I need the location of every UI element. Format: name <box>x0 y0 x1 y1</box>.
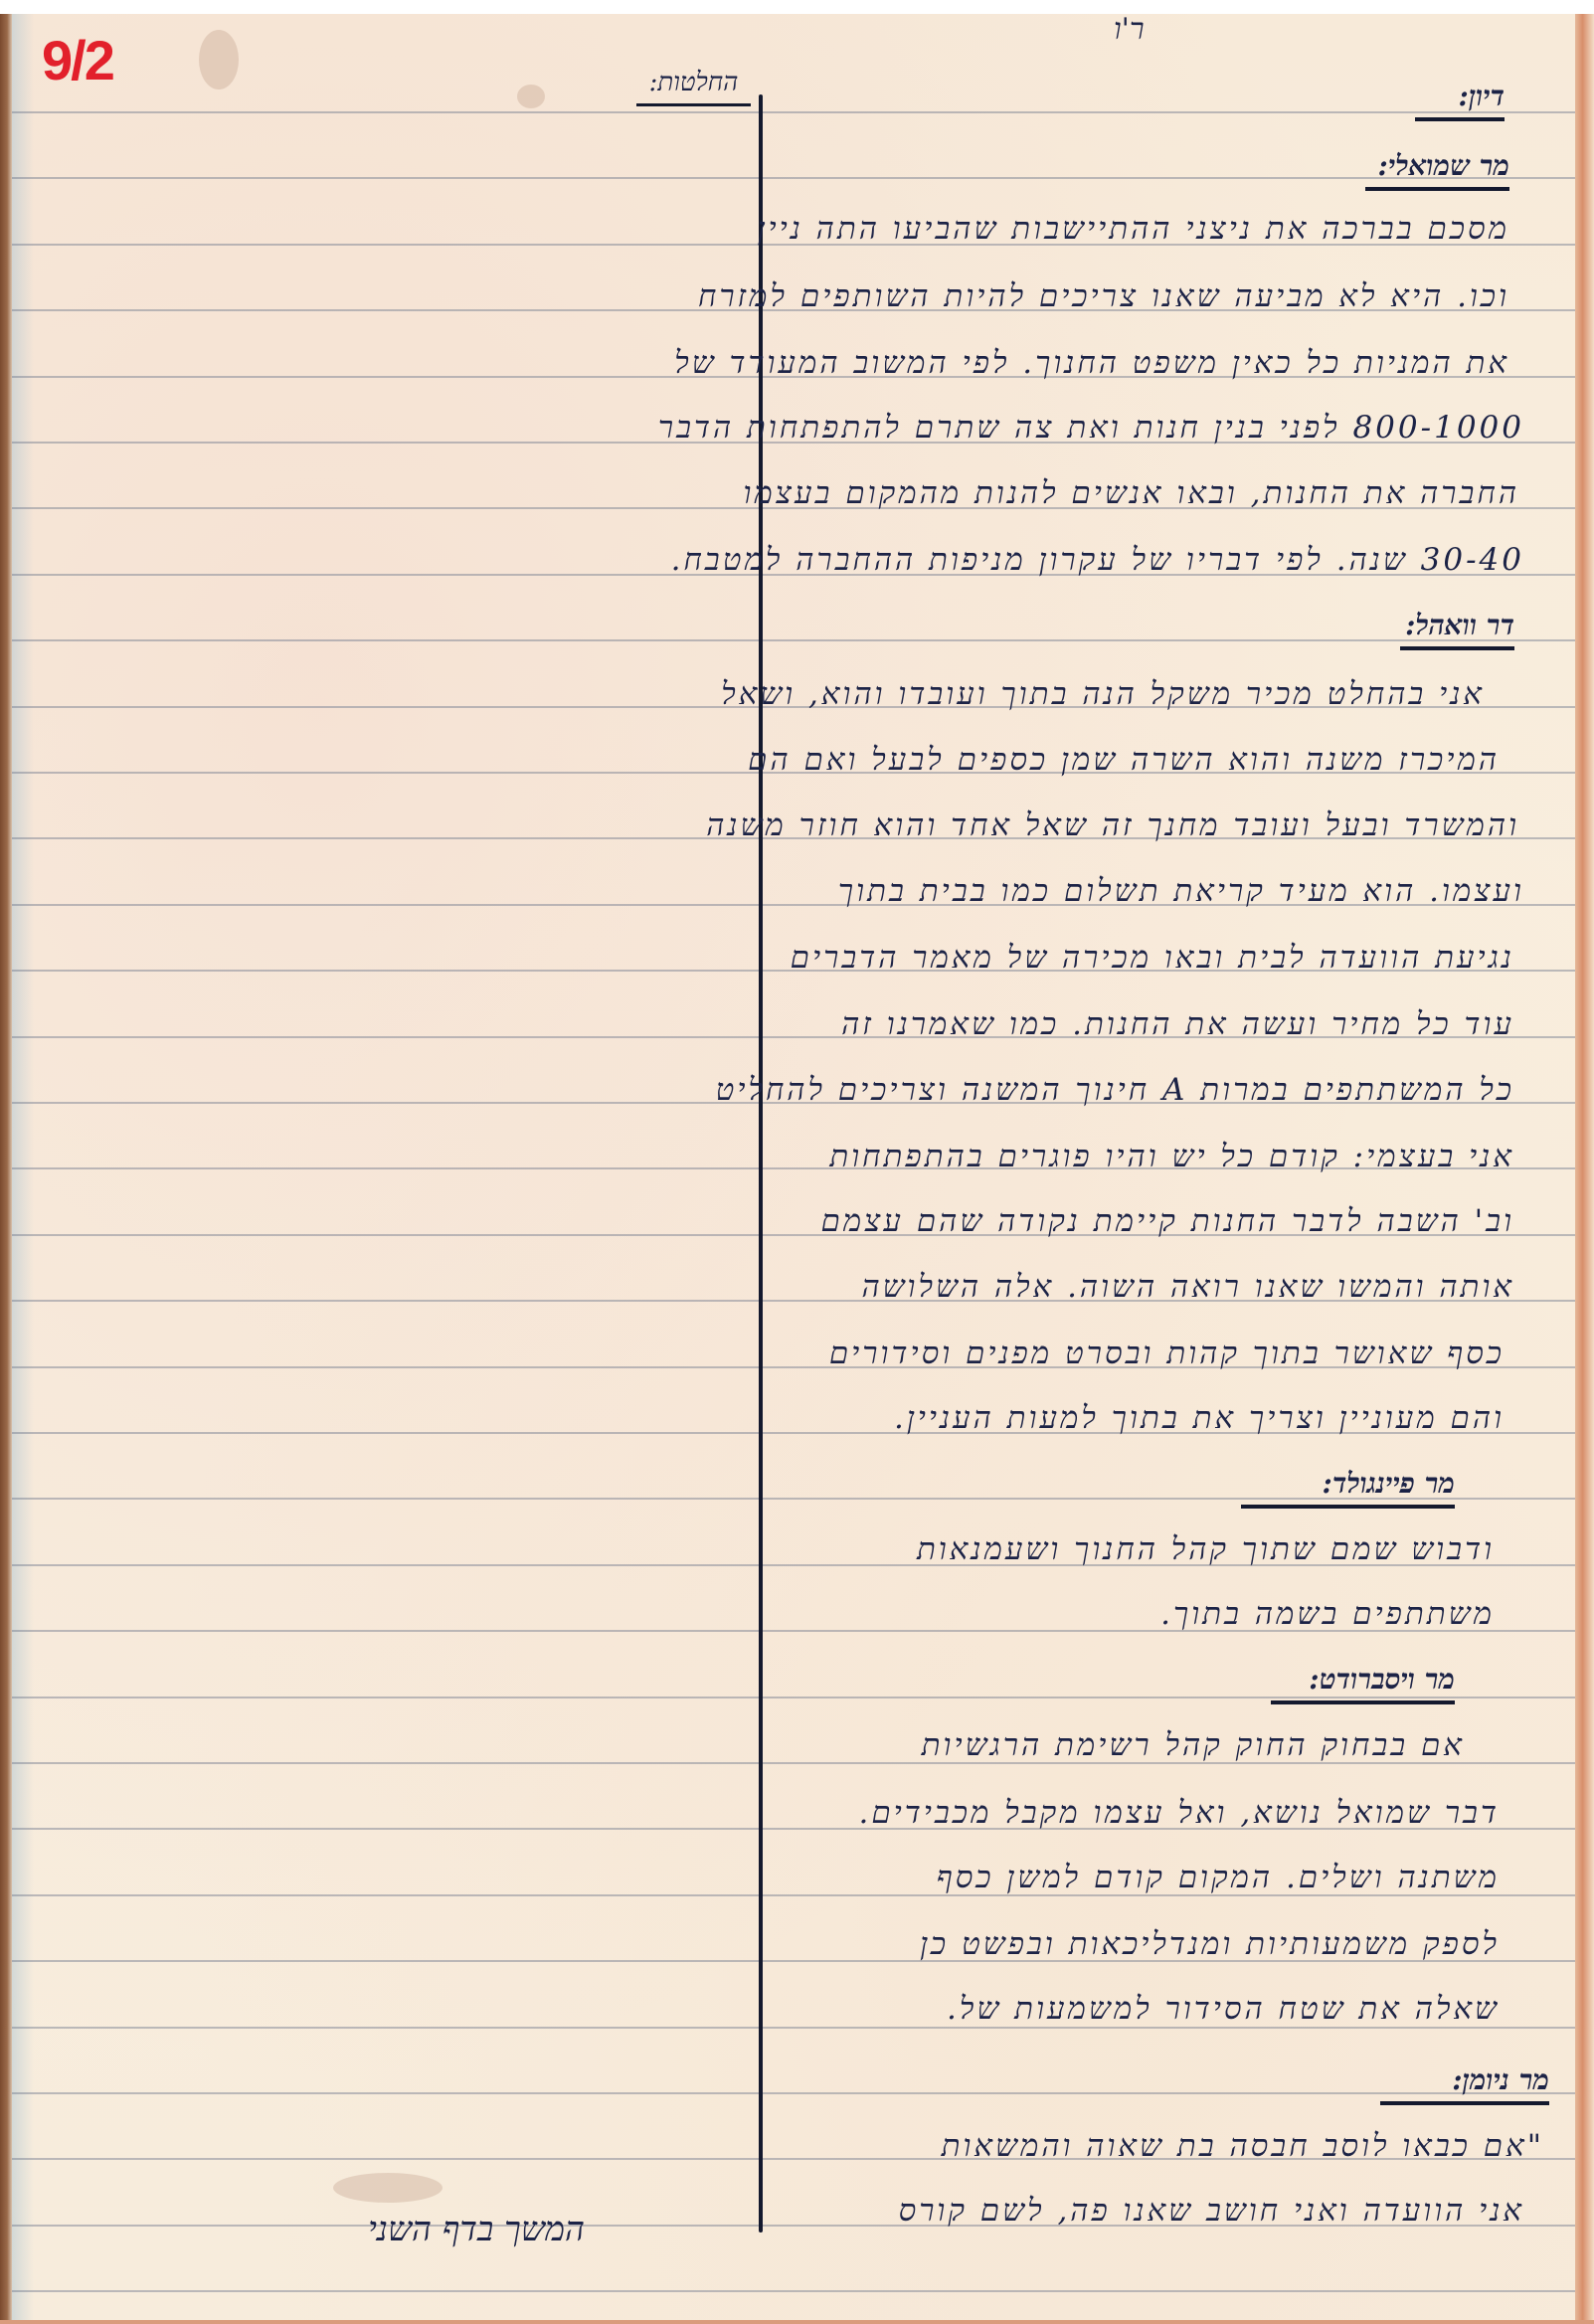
text-line: והם מעוניין וצריך את בתוך למעות העניין. <box>894 1400 1505 1436</box>
text-line: אני הוועדה ואני חושב שאנו פה, לשם קורס <box>899 2193 1524 2229</box>
text-line: את המניות כל כאין משפט החנוך. לפי המשוב … <box>674 345 1509 381</box>
discussion-header: דיון: <box>1415 80 1505 121</box>
text-line: החברה את החנות, ובאו אנשים להנות מהמקום … <box>743 475 1519 511</box>
paper-stain <box>517 85 545 108</box>
speaker-header: מר שמואלי: <box>1365 149 1509 191</box>
speaker-header: מר ניומן: <box>1380 2063 1549 2105</box>
text-line: וב' השבה לדבר החנות קיימת נקודה שהם עצמם <box>820 1203 1514 1239</box>
decisions-header: החלטות: <box>636 68 751 106</box>
paper-stain <box>333 2173 443 2203</box>
text-line: ודבוש שמם שתוך קהל החנוך ושעמנאות <box>917 1531 1495 1567</box>
ruled-line <box>12 2290 1575 2292</box>
text-line: משתתפים בשמה בתוך. <box>1160 1596 1495 1632</box>
page-number-stamp: 9/2 <box>42 28 113 92</box>
text-line: מסכם בברכה את ניצני ההתיישבות שהביעו התה… <box>758 211 1509 247</box>
text-line: המיכרז משנה והוא השרה שמן כספים לבעל ואם… <box>748 742 1500 778</box>
ruled-line <box>12 2027 1575 2029</box>
text-line: נגיעת הוועדה לבית ובאו מכירה של מאמר הדב… <box>791 940 1514 976</box>
page-bottom-edge <box>0 2320 1594 2324</box>
ruled-line <box>12 639 1575 641</box>
top-scrawl: ר'ו <box>1114 12 1145 47</box>
text-line: לספק משמעותיות ומנדליכאות ובפשט כן <box>920 1926 1500 1962</box>
speaker-header: מר פיינגולד: <box>1241 1467 1455 1509</box>
text-line: אם בבחוק החוק קהל רשימת הרגשיות <box>922 1727 1465 1763</box>
text-line: עוד כל מחיר ועשה את החנות. כמו שאמרנו זה <box>841 1006 1514 1042</box>
text-line: 30-40 שנה. לפי דבריו של עקרון מניפות ההח… <box>671 542 1524 578</box>
text-line: 800-1000 לפני בנין חנות ואת צה שתרם להתפ… <box>658 410 1524 446</box>
ruled-line <box>12 2092 1575 2094</box>
ruled-line <box>12 111 1575 113</box>
text-line: "אם כבאו לוסב חבסה בת שאוה והמשאות <box>942 2128 1544 2164</box>
text-line: כל המשתתפים במרות A חינוך המשנה וצריכים … <box>716 1072 1514 1108</box>
text-line: ועצמו. הוא מעיד קריאת תשלום כמו בבית בתו… <box>838 873 1524 909</box>
text-line: והמשרד ובעל ועובד מחנך זה שאל אחד והוא ח… <box>706 807 1519 843</box>
text-line: אני בעצמי: קודם כל יש והיו פוגרים בהתפתח… <box>829 1139 1514 1174</box>
paper-stain <box>199 30 239 89</box>
continued-next-page-note: המשך בדף השני <box>368 2210 585 2249</box>
text-line: אני בהחלט מכיר משקל הנה בתוך ועובדו והוא… <box>721 676 1485 712</box>
text-line: אותה והמשו שאנו רואה השוה. אלה השלושה <box>861 1269 1514 1305</box>
speaker-header: דר וואהל: <box>1400 609 1514 650</box>
page-right-edge <box>1575 14 1594 2324</box>
speaker-header: מר ויסברודט: <box>1271 1663 1455 1704</box>
text-line: דבר שמואל נושא, ואל עצמו מקבל מכבידים. <box>858 1795 1500 1831</box>
text-line: משתנה ושלים. המקום קודם למשן כסף <box>937 1860 1500 1895</box>
text-line: שאלה את שטח הסידור למשמעות של. <box>947 1991 1500 2027</box>
ruled-line <box>12 177 1575 179</box>
page-binding-edge <box>0 14 12 2324</box>
text-line: כסף שאושר בתוך קהות ובסרט מפנים וסידורים <box>829 1336 1505 1371</box>
text-line: וכו. היא לא מביעה שאנו צריכים להיות השות… <box>698 278 1509 314</box>
